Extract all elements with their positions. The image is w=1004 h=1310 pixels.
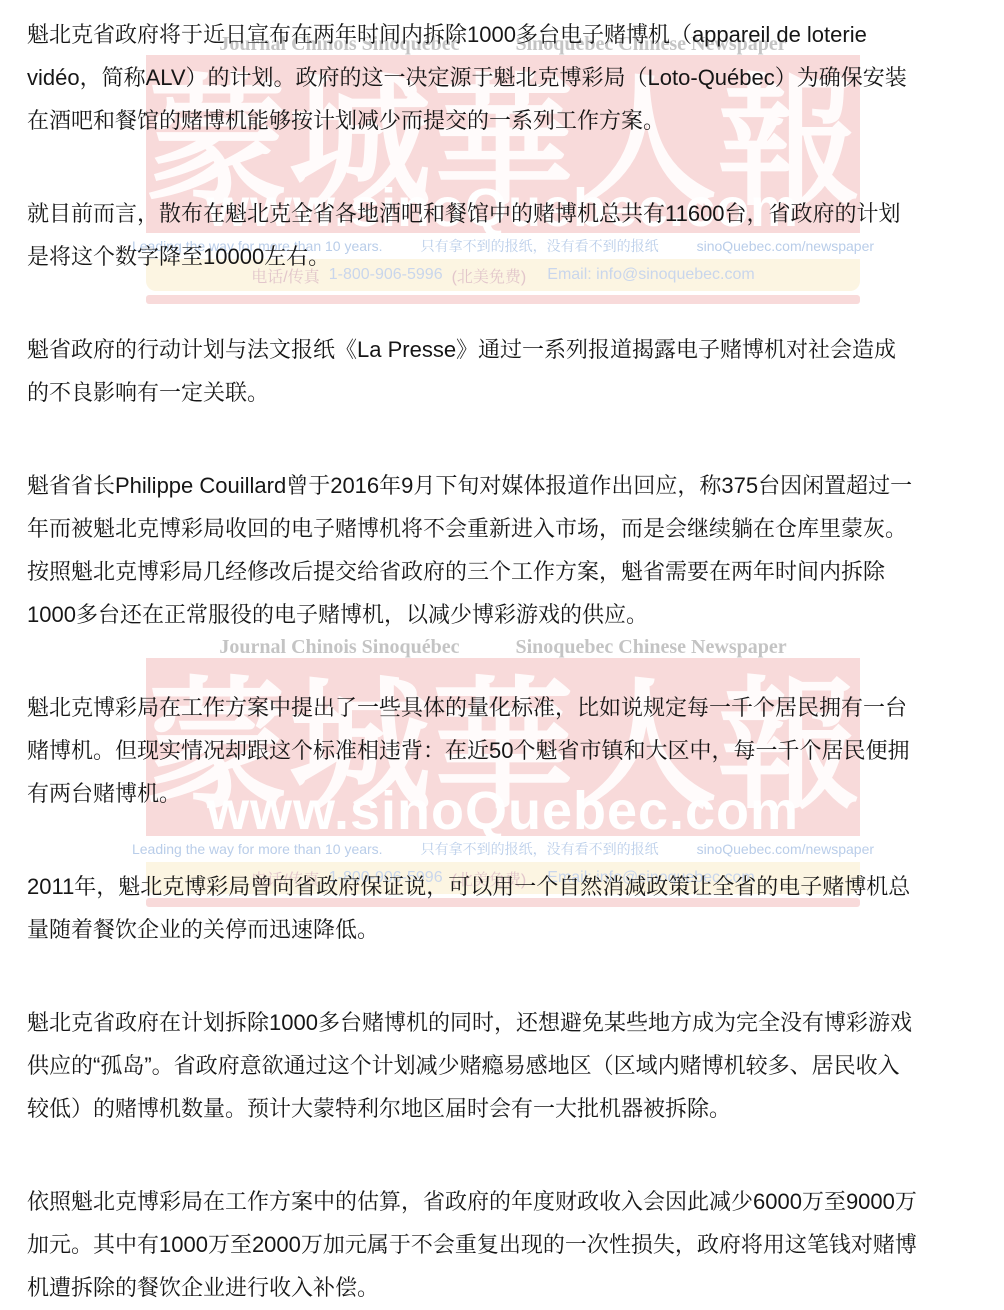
- article-paragraph: 就目前而言，散布在魁北克全省各地酒吧和餐馆中的赌博机总共有11600台，省政府的…: [27, 192, 917, 278]
- article-paragraph: 依照魁北克博彩局在工作方案中的估算，省政府的年度财政收入会因此减少6000万至9…: [27, 1180, 917, 1309]
- article-paragraph: 魁省省长Philippe Couillard曾于2016年9月下旬对媒体报道作出…: [27, 464, 917, 636]
- article-paragraph: 魁省政府的行动计划与法文报纸《La Presse》通过一系列报道揭露电子赌博机对…: [27, 328, 917, 414]
- article-body: 魁北克省政府将于近日宣布在两年时间内拆除1000多台电子赌博机（appareil…: [0, 0, 917, 1309]
- article-paragraph: 魁北克博彩局在工作方案中提出了一些具体的量化标准，比如说规定每一千个居民拥有一台…: [27, 686, 917, 815]
- article-page: Journal Chinois Sinoquébec Sinoquebec Ch…: [0, 0, 1004, 1310]
- article-paragraph: 2011年，魁北克博彩局曾向省政府保证说，可以用一个自然消减政策让全省的电子赌博…: [27, 865, 917, 951]
- article-paragraph: 魁北克省政府将于近日宣布在两年时间内拆除1000多台电子赌博机（appareil…: [27, 13, 917, 142]
- article-paragraph: 魁北克省政府在计划拆除1000多台赌博机的同时，还想避免某些地方成为完全没有博彩…: [27, 1001, 917, 1130]
